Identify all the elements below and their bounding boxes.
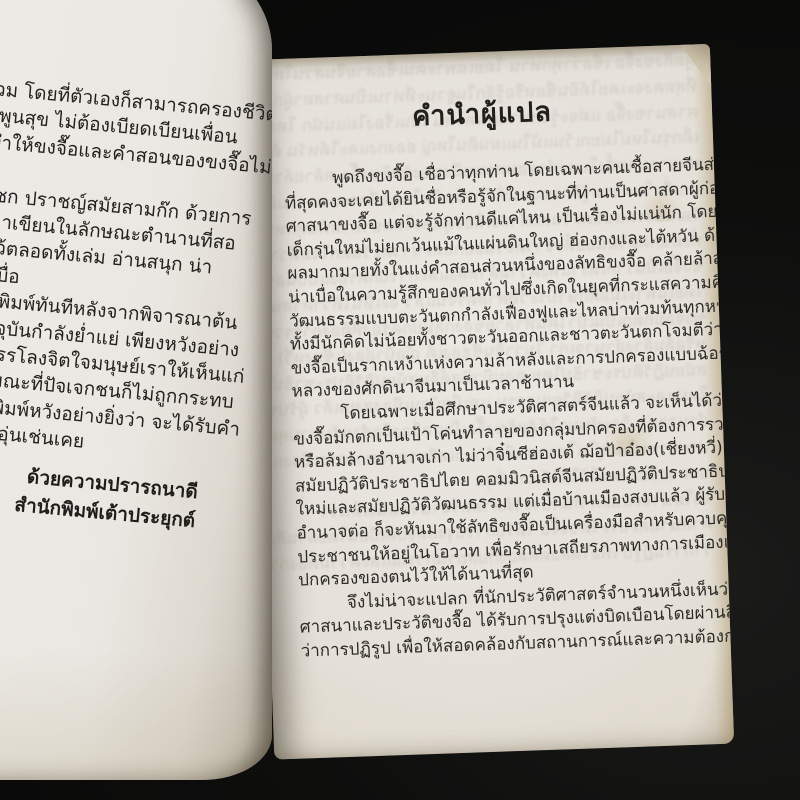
page-bottom-stain (0, 650, 272, 780)
book-photo: พูดถึงขงจื๊อ เชื่อว่าทุกท่าน โดยเฉพาะคนเ… (0, 0, 800, 800)
preface-body: พูดถึงขงจื๊อ เชื่อว่าทุกท่าน โดยเฉพาะคนเ… (284, 155, 705, 664)
right-page: พูดถึงขงจื๊อ เชื่อว่าทุกท่าน โดยเฉพาะคนเ… (250, 44, 734, 760)
left-page-text: สังคมส่วนรวม โดยที่ตัวเองก็สามารถครองชีว… (0, 68, 272, 541)
left-page: น่าเบื่อในความรู้สึกของคนทั่วไปซึ่งเกิดใ… (0, 0, 272, 780)
